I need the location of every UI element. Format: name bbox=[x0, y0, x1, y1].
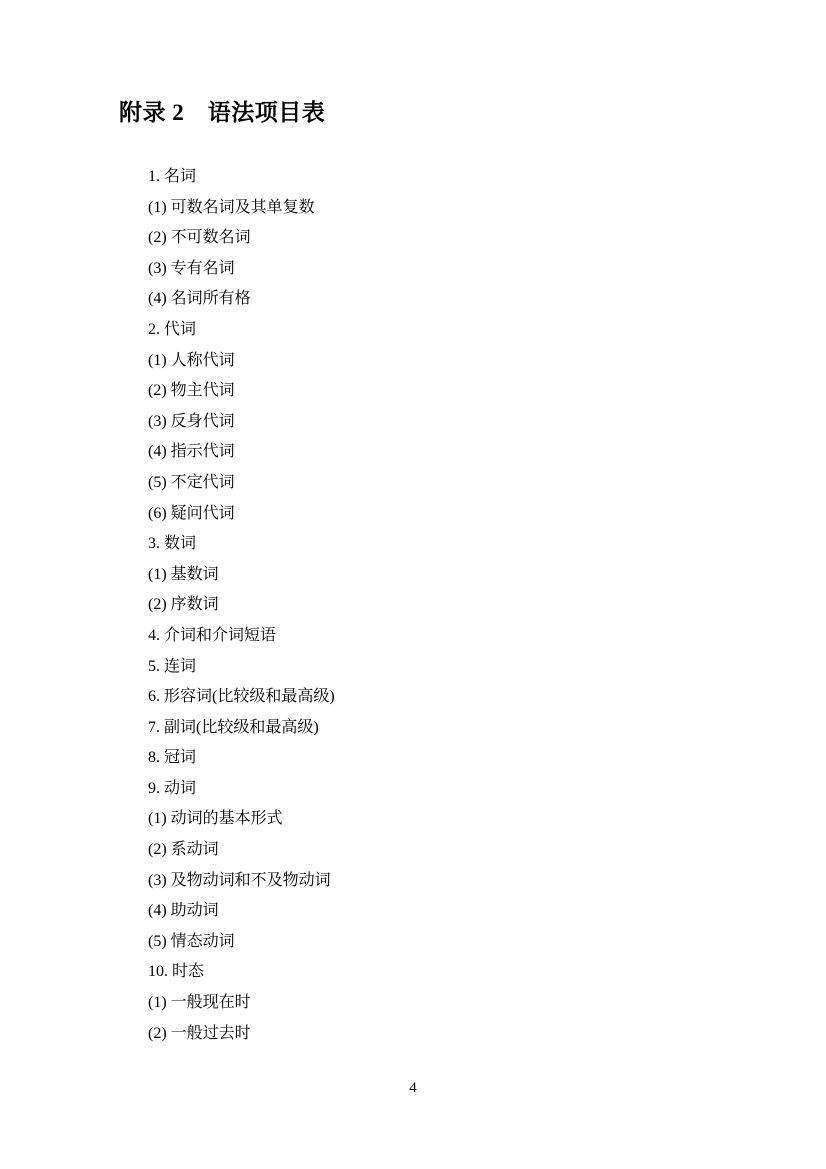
list-item: (2) 物主代词 bbox=[148, 376, 766, 407]
list-item: (3) 及物动词和不及物动词 bbox=[148, 866, 766, 897]
list-item: 6. 形容词(比较级和最高级) bbox=[148, 682, 766, 713]
list-item: 5. 连词 bbox=[148, 652, 766, 683]
list-item: 3. 数词 bbox=[148, 529, 766, 560]
list-item: 7. 副词(比较级和最高级) bbox=[148, 713, 766, 744]
list-item: (2) 不可数名词 bbox=[148, 223, 766, 254]
list-item: (2) 一般过去时 bbox=[148, 1019, 766, 1050]
document-page: 附录 2 语法项目表 1. 名词 (1) 可数名词及其单复数 (2) 不可数名词… bbox=[0, 0, 826, 1169]
list-item: (3) 专有名词 bbox=[148, 254, 766, 285]
list-item: 8. 冠词 bbox=[148, 743, 766, 774]
list-item: 1. 名词 bbox=[148, 162, 766, 193]
list-item: (2) 序数词 bbox=[148, 590, 766, 621]
list-item: (4) 助动词 bbox=[148, 896, 766, 927]
list-item: (1) 可数名词及其单复数 bbox=[148, 193, 766, 224]
list-item: 10. 时态 bbox=[148, 957, 766, 988]
list-item: (1) 一般现在时 bbox=[148, 988, 766, 1019]
grammar-item-list: 1. 名词 (1) 可数名词及其单复数 (2) 不可数名词 (3) 专有名词 (… bbox=[148, 162, 766, 1049]
list-item: (2) 系动词 bbox=[148, 835, 766, 866]
list-item: (1) 动词的基本形式 bbox=[148, 804, 766, 835]
list-item: (1) 基数词 bbox=[148, 560, 766, 591]
page-number: 4 bbox=[0, 1080, 826, 1097]
list-item: 2. 代词 bbox=[148, 315, 766, 346]
list-item: (1) 人称代词 bbox=[148, 346, 766, 377]
list-item: (4) 指示代词 bbox=[148, 437, 766, 468]
list-item: (4) 名词所有格 bbox=[148, 284, 766, 315]
list-item: 4. 介词和介词短语 bbox=[148, 621, 766, 652]
list-item: (5) 不定代词 bbox=[148, 468, 766, 499]
list-item: (3) 反身代词 bbox=[148, 407, 766, 438]
list-item: (6) 疑问代词 bbox=[148, 499, 766, 530]
list-item: 9. 动词 bbox=[148, 774, 766, 805]
list-item: (5) 情态动词 bbox=[148, 927, 766, 958]
page-title: 附录 2 语法项目表 bbox=[119, 94, 325, 127]
